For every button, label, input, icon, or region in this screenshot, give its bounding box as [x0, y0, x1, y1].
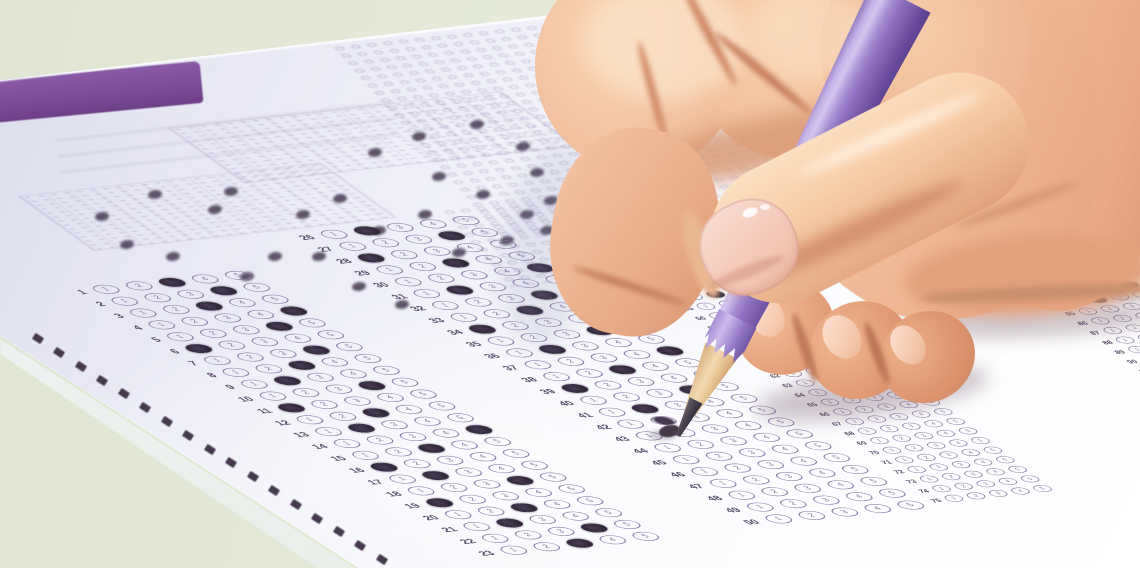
pencil-wood-cone [673, 342, 738, 422]
photo-scene: 1123452123453123454123455123456123457123… [0, 0, 1140, 568]
hand [0, 0, 1140, 568]
thumbnail-gloss [760, 204, 770, 210]
